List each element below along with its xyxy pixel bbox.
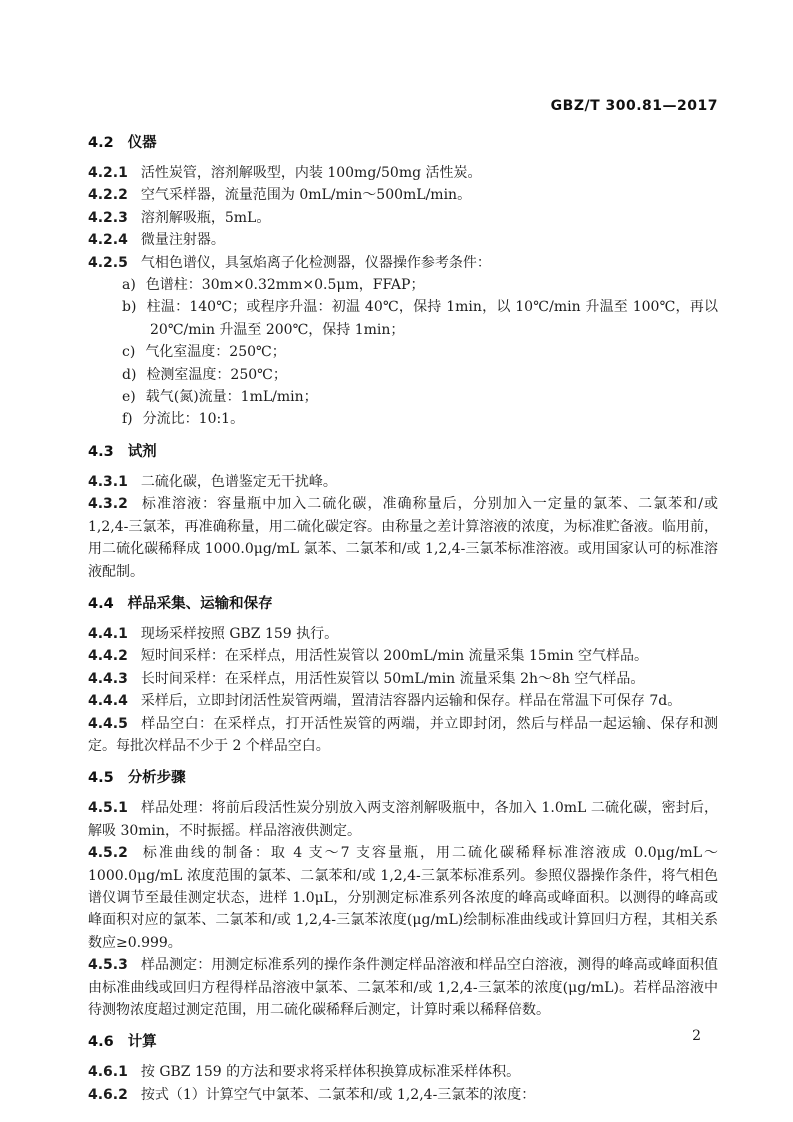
clause-text: 采样后，立即封闭活性炭管两端，置清洁容器内运输和保存。样品在常温下可保存 7d。 [141, 693, 681, 709]
list-item-letter: b) [122, 299, 136, 315]
clause-text: 短时间采样：在采样点，用活性炭管以 200mL/min 流量采集 15min 空… [141, 648, 648, 664]
document-header: GBZ/T 300.81—2017 [88, 98, 718, 114]
clause-text: 按式（1）计算空气中氯苯、二氯苯和/或 1,2,4-三氯苯的浓度： [141, 1087, 535, 1103]
clause-text: 气相色谱仪，具氢焰离子化检测器，仪器操作参考条件： [141, 255, 491, 271]
list-item-letter: f) [122, 411, 133, 427]
list-item-text: 色谱柱：30m×0.32mm×0.5μm，FFAP； [146, 277, 425, 293]
clause-number: 4.6.1 [88, 1064, 128, 1080]
instrument-conditions-list: a)色谱柱：30m×0.32mm×0.5μm，FFAP； b)柱温：140℃；或… [88, 274, 718, 431]
section-number: 4.3 [88, 444, 114, 460]
section-heading-4-4: 4.4样品采集、运输和保存 [88, 592, 718, 613]
clause-text: 活性炭管，溶剂解吸型，内装 100mg/50mg 活性炭。 [141, 165, 482, 181]
section-number: 4.5 [88, 770, 114, 786]
clause-text: 二硫化碳，色谱鉴定无干扰峰。 [141, 474, 337, 490]
clause-number: 4.3.2 [88, 496, 128, 512]
clause-4-2-3: 4.2.3溶剂解吸瓶，5mL。 [88, 207, 718, 229]
section-title: 试剂 [128, 444, 157, 460]
clause-4-4-4: 4.4.4采样后，立即封闭活性炭管两端，置清洁容器内运输和保存。样品在常温下可保… [88, 690, 718, 712]
section-title: 分析步骤 [128, 770, 186, 786]
list-item-d: d)检测室温度：250℃； [88, 364, 718, 386]
clause-4-2-1: 4.2.1活性炭管，溶剂解吸型，内装 100mg/50mg 活性炭。 [88, 162, 718, 184]
section-heading-4-5: 4.5分析步骤 [88, 766, 718, 787]
clause-number: 4.4.2 [88, 648, 128, 664]
list-item-b: b)柱温：140℃；或程序升温：初温 40℃，保持 1min，以 10℃/min… [88, 296, 718, 341]
section-title: 计算 [128, 1034, 157, 1050]
document-page: GBZ/T 300.81—2017 4.2仪器 4.2.1活性炭管，溶剂解吸型，… [0, 0, 793, 1122]
clause-number: 4.5.3 [88, 957, 128, 973]
clause-text: 样品空白：在采样点，打开活性炭管的两端，并立即封闭，然后与样品一起运输、保存和测… [88, 716, 718, 754]
clause-4-4-3: 4.4.3长时间采样：在采样点，用活性炭管以 50mL/min 流量采集 2h～… [88, 668, 718, 690]
clause-number: 4.2.3 [88, 210, 128, 226]
list-item-f: f)分流比：10:1。 [88, 408, 718, 430]
clause-number: 4.4.1 [88, 626, 128, 642]
list-item-text: 载气(氮)流量：1mL/min； [146, 389, 318, 405]
list-item-letter: a) [122, 277, 136, 293]
section-title: 仪器 [128, 135, 157, 151]
clause-number: 4.4.5 [88, 716, 128, 732]
clause-4-4-1: 4.4.1现场采样按照 GBZ 159 执行。 [88, 623, 718, 645]
section-number: 4.4 [88, 596, 114, 612]
clause-text: 样品测定：用测定标准系列的操作条件测定样品溶液和样品空白溶液，测得的峰高或峰面积… [88, 957, 718, 1018]
clause-number: 4.2.1 [88, 165, 128, 181]
clause-number: 4.5.1 [88, 800, 128, 816]
list-item-letter: e) [122, 389, 136, 405]
clause-4-2-2: 4.2.2空气采样器，流量范围为 0mL/min～500mL/min。 [88, 184, 718, 206]
clause-number: 4.4.3 [88, 671, 128, 687]
clause-text: 长时间采样：在采样点，用活性炭管以 50mL/min 流量采集 2h～8h 空气… [141, 671, 645, 687]
clause-number: 4.2.4 [88, 232, 128, 248]
document-content: GBZ/T 300.81—2017 4.2仪器 4.2.1活性炭管，溶剂解吸型，… [88, 98, 718, 1106]
clause-text: 标准溶液：容量瓶中加入二硫化碳，准确称量后，分别加入一定量的氯苯、二氯苯和/或 … [88, 496, 718, 579]
clause-4-5-3: 4.5.3样品测定：用测定标准系列的操作条件测定样品溶液和样品空白溶液，测得的峰… [88, 954, 718, 1021]
list-item-e: e)载气(氮)流量：1mL/min； [88, 386, 718, 408]
list-item-text: 柱温：140℃；或程序升温：初温 40℃，保持 1min，以 10℃/min 升… [146, 299, 718, 337]
clause-4-4-2: 4.4.2短时间采样：在采样点，用活性炭管以 200mL/min 流量采集 15… [88, 645, 718, 667]
clause-number: 4.2.5 [88, 255, 128, 271]
clause-number: 4.5.2 [88, 845, 128, 861]
section-heading-4-3: 4.3试剂 [88, 440, 718, 461]
clause-4-2-5: 4.2.5气相色谱仪，具氢焰离子化检测器，仪器操作参考条件： [88, 252, 718, 274]
clause-text: 样品处理：将前后段活性炭分别放入两支溶剂解吸瓶中，各加入 1.0mL 二硫化碳，… [88, 800, 718, 838]
clause-number: 4.3.1 [88, 474, 128, 490]
list-item-c: c)气化室温度：250℃； [88, 341, 718, 363]
section-number: 4.6 [88, 1034, 114, 1050]
standard-number: GBZ/T 300.81—2017 [551, 98, 718, 114]
page-number: 2 [692, 1028, 701, 1044]
clause-4-4-5: 4.4.5样品空白：在采样点，打开活性炭管的两端，并立即封闭，然后与样品一起运输… [88, 713, 718, 758]
clause-4-6-2: 4.6.2按式（1）计算空气中氯苯、二氯苯和/或 1,2,4-三氯苯的浓度： [88, 1084, 718, 1106]
clause-text: 标准曲线的制备：取 4 支～7 支容量瓶，用二硫化碳稀释标准溶液成 0.0μg/… [88, 845, 718, 951]
list-item-text: 检测室温度：250℃； [146, 367, 286, 383]
section-heading-4-2: 4.2仪器 [88, 131, 718, 152]
clause-4-5-2: 4.5.2标准曲线的制备：取 4 支～7 支容量瓶，用二硫化碳稀释标准溶液成 0… [88, 842, 718, 954]
clause-number: 4.2.2 [88, 187, 128, 203]
clause-text: 微量注射器。 [141, 232, 225, 248]
clause-4-3-2: 4.3.2标准溶液：容量瓶中加入二硫化碳，准确称量后，分别加入一定量的氯苯、二氯… [88, 493, 718, 583]
clause-text: 溶剂解吸瓶，5mL。 [141, 210, 270, 226]
clause-number: 4.4.4 [88, 693, 128, 709]
list-item-text: 分流比：10:1。 [143, 411, 244, 427]
list-item-letter: c) [122, 344, 135, 360]
clause-text: 按 GBZ 159 的方法和要求将采样体积换算成标准采样体积。 [141, 1064, 520, 1080]
clause-text: 现场采样按照 GBZ 159 执行。 [141, 626, 338, 642]
clause-number: 4.6.2 [88, 1087, 128, 1103]
clause-4-2-4: 4.2.4微量注射器。 [88, 229, 718, 251]
section-title: 样品采集、运输和保存 [128, 596, 273, 612]
clause-text: 空气采样器，流量范围为 0mL/min～500mL/min。 [141, 187, 471, 203]
clause-4-3-1: 4.3.1二硫化碳，色谱鉴定无干扰峰。 [88, 471, 718, 493]
clause-4-6-1: 4.6.1按 GBZ 159 的方法和要求将采样体积换算成标准采样体积。 [88, 1061, 718, 1083]
clause-4-5-1: 4.5.1样品处理：将前后段活性炭分别放入两支溶剂解吸瓶中，各加入 1.0mL … [88, 797, 718, 842]
list-item-a: a)色谱柱：30m×0.32mm×0.5μm，FFAP； [88, 274, 718, 296]
section-heading-4-6: 4.6计算 [88, 1030, 718, 1051]
list-item-letter: d) [122, 367, 136, 383]
section-number: 4.2 [88, 135, 114, 151]
list-item-text: 气化室温度：250℃； [145, 344, 285, 360]
